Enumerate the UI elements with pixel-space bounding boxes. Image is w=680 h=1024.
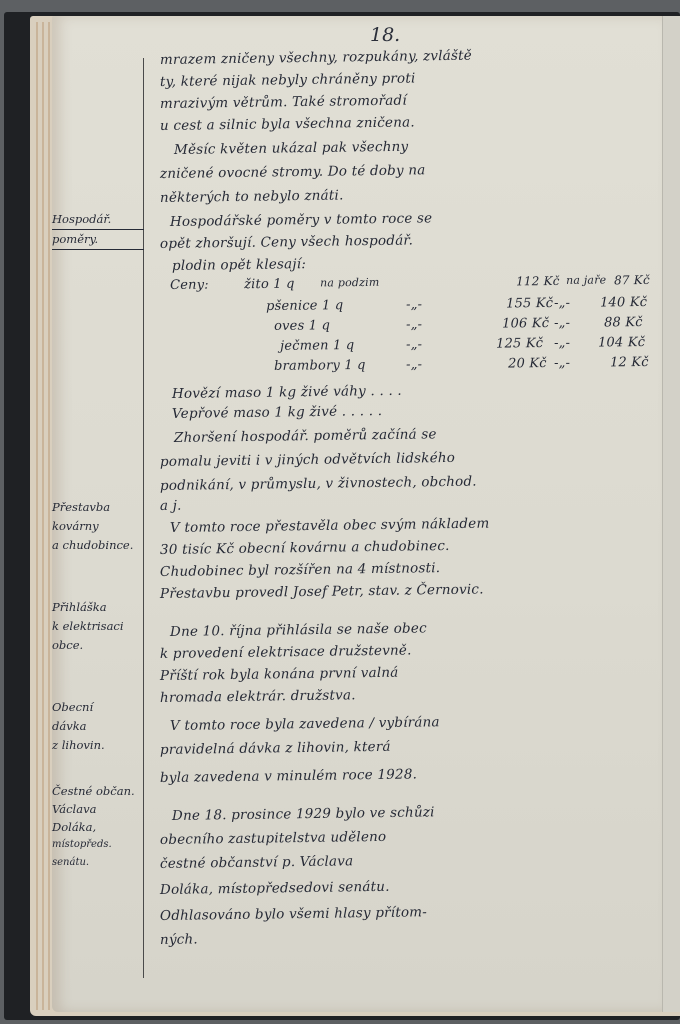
margin-note-line: kovárny [52, 517, 144, 536]
margin-note-line: Doláka, [52, 818, 144, 836]
text-line: ných. [160, 931, 198, 948]
margin-note-line: místopředs. [52, 836, 144, 854]
price-spring: 140 Kč [600, 295, 647, 310]
price-item: oves 1 q [274, 318, 330, 334]
price-item: pšenice 1 q [266, 298, 343, 314]
price-spring: 104 Kč [598, 335, 645, 350]
text-line: Příští rok byla konána první valná [160, 665, 399, 684]
text-line: plodin opět klesají: [172, 256, 306, 274]
ditto-mark: -„- [406, 357, 422, 372]
margin-note-line: Obecní [52, 698, 144, 717]
margin-note-line: Čestné občan. [52, 782, 144, 800]
price-autumn: 20 Kč [508, 356, 547, 371]
price-autumn: 155 Kč [506, 296, 553, 311]
price-item: žito 1 q [244, 277, 295, 293]
ditto-mark: -„- [554, 356, 570, 371]
price-spring: 88 Kč [604, 315, 643, 330]
margin-note-line: senátu. [52, 854, 144, 872]
price-item: ječmen 1 q [280, 338, 354, 354]
margin-note-line: obce. [52, 636, 144, 655]
text-line: a j. [160, 498, 182, 514]
price-label: Ceny: [170, 278, 209, 293]
ditto-mark: -„- [554, 336, 570, 351]
margin-note-line: Přestavba [52, 498, 144, 517]
margin-note-honorary-citizenship: Čestné občan. Václava Doláka, místopředs… [52, 782, 144, 872]
ditto-mark: -„- [554, 316, 570, 331]
margin-note-economy: Hospodář. poměry. [52, 210, 144, 250]
page-number: 18. [370, 24, 400, 46]
text-line: Měsíc květen ukázal pak všechny [174, 139, 408, 158]
price-spring: 12 Kč [610, 355, 649, 370]
margin-note-line: Přihláška [52, 598, 144, 617]
price-header-autumn: na podzim [320, 276, 380, 290]
margin-note-spirits-tax: Obecní dávka z lihovin. [52, 698, 144, 755]
margin-note-line: k elektrisaci [52, 617, 144, 636]
text-line: Vepřové maso 1 kg živé . . . . . [172, 403, 382, 422]
text-line: Doláka, místopředsedovi senátu. [160, 879, 390, 898]
price-item: brambory 1 q [274, 358, 366, 374]
margin-note-line: z lihovin. [52, 736, 144, 755]
text-line: pravidelná dávka z lihovin, která [160, 739, 391, 758]
margin-note-line: Václava [52, 800, 144, 818]
price-autumn: 112 Kč [516, 274, 560, 288]
text-line: Hovězí maso 1 kg živé váhy . . . . [172, 383, 402, 402]
text-line: některých to nebylo znáti. [160, 187, 344, 206]
margin-note-line: Hospodář. [52, 210, 144, 230]
price-header-spring: na jaře [566, 273, 606, 286]
price-autumn: 125 Kč [496, 336, 543, 351]
margin-note-line: dávka [52, 717, 144, 736]
page-edge [42, 22, 44, 1010]
margin-note-line: poměry. [52, 230, 144, 250]
next-page-edge [662, 16, 680, 1012]
margin-note-line: a chudobince. [52, 536, 144, 555]
page-edge [48, 22, 50, 1010]
margin-note-rebuild: Přestavba kovárny a chudobince. [52, 498, 144, 555]
price-spring: 87 Kč [614, 273, 650, 287]
ditto-mark: -„- [554, 296, 570, 311]
page-edge [36, 22, 38, 1010]
ditto-mark: -„- [406, 297, 422, 312]
ditto-mark: -„- [406, 317, 422, 332]
price-autumn: 106 Kč [502, 316, 549, 331]
margin-note-electrification: Přihláška k elektrisaci obce. [52, 598, 144, 655]
text-line: obecního zastupitelstva uděleno [160, 829, 387, 848]
text-line: čestné občanství p. Václava [160, 853, 354, 872]
text-line: hromada elektrár. družstva. [160, 687, 356, 706]
ditto-mark: -„- [406, 337, 422, 352]
